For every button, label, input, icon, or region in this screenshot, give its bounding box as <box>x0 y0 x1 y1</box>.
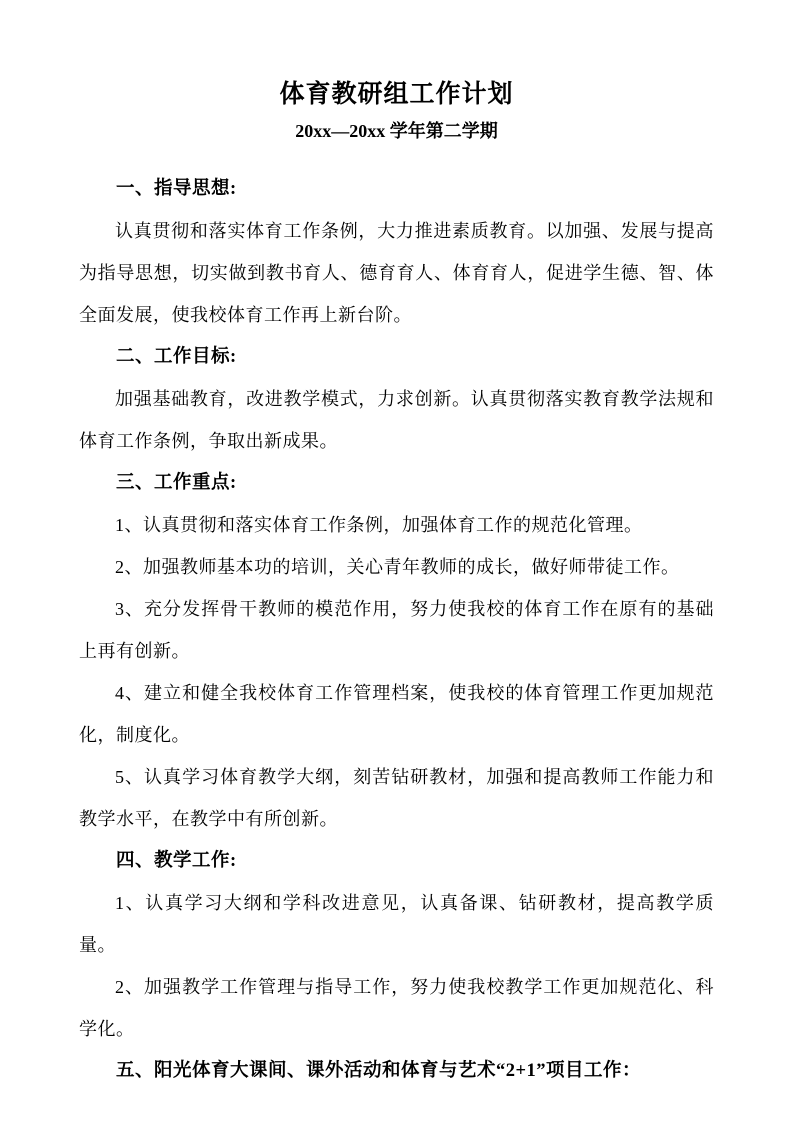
section-heading: 二、工作目标: <box>79 336 714 378</box>
list-item: 2、加强教师基本功的培训，关心青年教师的成长，做好师带徒工作。 <box>79 546 714 588</box>
document-page: 体育教研组工作计划 20xx—20xx 学年第二学期 一、指导思想: 认真贯彻和… <box>0 0 793 1122</box>
list-item: 1、认真学习大纲和学科改进意见，认真备课、钻研教材，提高教学质量。 <box>79 882 714 966</box>
section-teaching-work: 四、教学工作: 1、认真学习大纲和学科改进意见，认真备课、钻研教材，提高教学质量… <box>79 840 714 1050</box>
list-item: 2、加强教学工作管理与指导工作，努力使我校教学工作更加规范化、科学化。 <box>79 966 714 1050</box>
section-heading: 一、指导思想: <box>79 168 714 210</box>
section-guiding-ideology: 一、指导思想: 认真贯彻和落实体育工作条例，大力推进素质教育。以加强、发展与提高… <box>79 168 714 336</box>
section-heading: 三、工作重点: <box>79 462 714 504</box>
document-subtitle: 20xx—20xx 学年第二学期 <box>79 118 714 144</box>
paragraph: 认真贯彻和落实体育工作条例，大力推进素质教育。以加强、发展与提高为指导思想，切实… <box>79 210 714 336</box>
section-heading: 四、教学工作: <box>79 840 714 882</box>
section-sunshine-sports: 五、阳光体育大课间、课外活动和体育与艺术“2+1”项目工作： <box>79 1050 714 1092</box>
section-heading: 五、阳光体育大课间、课外活动和体育与艺术“2+1”项目工作： <box>79 1050 714 1092</box>
list-item: 1、认真贯彻和落实体育工作条例，加强体育工作的规范化管理。 <box>79 504 714 546</box>
list-item: 3、充分发挥骨干教师的模范作用，努力使我校的体育工作在原有的基础上再有创新。 <box>79 588 714 672</box>
paragraph: 加强基础教育，改进教学模式，力求创新。认真贯彻落实教育教学法规和体育工作条例，争… <box>79 378 714 462</box>
section-work-priorities: 三、工作重点: 1、认真贯彻和落实体育工作条例，加强体育工作的规范化管理。 2、… <box>79 462 714 840</box>
document-title: 体育教研组工作计划 <box>79 78 714 111</box>
document-body: 一、指导思想: 认真贯彻和落实体育工作条例，大力推进素质教育。以加强、发展与提高… <box>79 168 714 1092</box>
section-work-goals: 二、工作目标: 加强基础教育，改进教学模式，力求创新。认真贯彻落实教育教学法规和… <box>79 336 714 462</box>
list-item: 4、建立和健全我校体育工作管理档案，使我校的体育管理工作更加规范化，制度化。 <box>79 672 714 756</box>
list-item: 5、认真学习体育教学大纲，刻苦钻研教材，加强和提高教师工作能力和教学水平，在教学… <box>79 756 714 840</box>
